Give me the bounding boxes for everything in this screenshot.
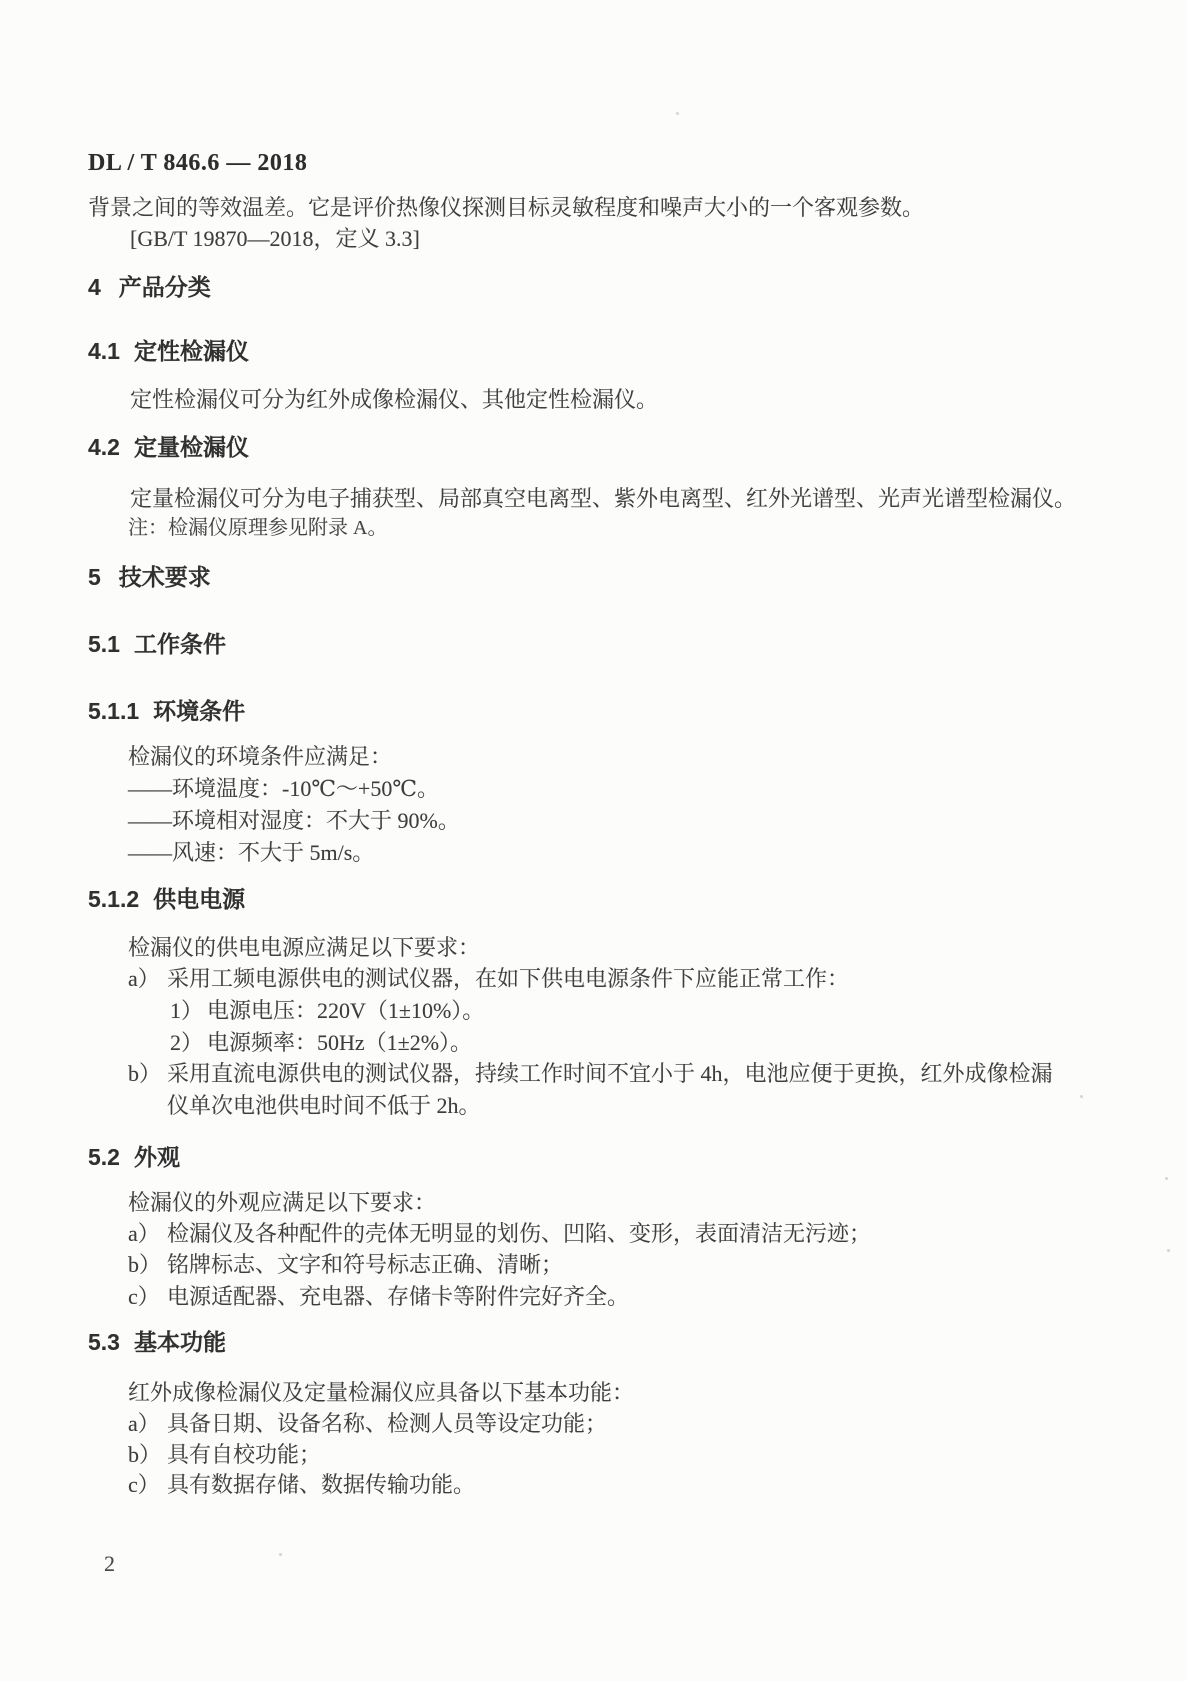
section-4-1-number: 4.1	[88, 338, 120, 364]
section-5-1-1-paragraph: 检漏仪的环境条件应满足：	[128, 744, 392, 769]
section-4-2-note: 注：检漏仪原理参见附录 A。	[128, 517, 387, 540]
intro-paragraph-line1: 背景之间的等效温差。它是评价热像仪探测目标灵敏程度和噪声大小的一个客观参数。	[88, 195, 924, 220]
section-5-2-number: 5.2	[88, 1144, 120, 1170]
section-4-2-title: 定量检漏仪	[134, 434, 249, 460]
section-5-1-1-number: 5.1.1	[88, 698, 139, 724]
function-item-b-label: b）	[128, 1442, 167, 1467]
list-item-b-line2: 仪单次电池供电时间不低于 2h。	[167, 1093, 481, 1118]
section-5-1-title: 工作条件	[134, 631, 226, 657]
scan-speck	[1080, 1095, 1083, 1098]
section-5-1-heading: 5.1工作条件	[88, 633, 226, 656]
appearance-item-a: a）检漏仪及各种配件的壳体无明显的划伤、凹陷、变形，表面清洁无污迹；	[128, 1221, 871, 1246]
section-5-title: 技术要求	[119, 564, 211, 590]
appearance-item-b-label: b）	[128, 1252, 167, 1277]
section-5-3-paragraph: 红外成像检漏仪及定量检漏仪应具备以下基本功能：	[128, 1380, 634, 1405]
section-4-heading: 4产品分类	[88, 276, 211, 299]
function-item-c: c）具有数据存储、数据传输功能。	[128, 1472, 475, 1497]
sublist-item-1-label: 1）	[170, 998, 207, 1023]
list-item-a-label: a）	[128, 966, 167, 991]
list-item-a-text: 采用工频电源供电的测试仪器，在如下供电电源条件下应能正常工作：	[167, 966, 849, 991]
section-4-2-heading: 4.2定量检漏仪	[88, 436, 249, 459]
section-5-1-number: 5.1	[88, 631, 120, 657]
section-5-1-1-title: 环境条件	[153, 698, 245, 724]
appearance-item-a-text: 检漏仪及各种配件的壳体无明显的划伤、凹陷、变形，表面清洁无污迹；	[167, 1221, 871, 1246]
appearance-item-b: b）铭牌标志、文字和符号标志正确、清晰；	[128, 1252, 563, 1277]
section-4-2-number: 4.2	[88, 434, 120, 460]
sublist-item-2-text: 电源频率：50Hz（1±2%）。	[207, 1030, 472, 1055]
section-5-3-heading: 5.3基本功能	[88, 1331, 226, 1354]
section-5-3-title: 基本功能	[134, 1329, 226, 1355]
scan-speck	[676, 112, 679, 115]
section-5-1-2-title: 供电电源	[153, 886, 245, 912]
sublist-item-2-label: 2）	[170, 1030, 207, 1055]
section-5-heading: 5技术要求	[88, 566, 211, 589]
document-page: DL / T 846.6 — 2018 背景之间的等效温差。它是评价热像仪探测目…	[0, 0, 1186, 1681]
appearance-item-b-text: 铭牌标志、文字和符号标志正确、清晰；	[167, 1252, 563, 1277]
sublist-item-2: 2）电源频率：50Hz（1±2%）。	[170, 1030, 472, 1055]
section-5-1-1-heading: 5.1.1环境条件	[88, 700, 245, 723]
function-item-b: b）具有自校功能；	[128, 1442, 321, 1467]
appearance-item-a-label: a）	[128, 1221, 167, 1246]
section-4-1-heading: 4.1定性检漏仪	[88, 340, 249, 363]
function-item-a-text: 具备日期、设备名称、检测人员等设定功能；	[167, 1411, 607, 1436]
list-item-b-label: b）	[128, 1061, 167, 1086]
section-5-number: 5	[88, 564, 101, 590]
definition-source: [GB/T 19870—2018，定义 3.3]	[130, 226, 420, 251]
dash-item-windspeed: ——风速：不大于 5m/s。	[128, 840, 374, 865]
section-4-1-title: 定性检漏仪	[134, 338, 249, 364]
function-item-a: a）具备日期、设备名称、检测人员等设定功能；	[128, 1411, 607, 1436]
scan-speck	[1165, 1177, 1168, 1180]
page-number: 2	[104, 1551, 115, 1576]
section-5-1-2-paragraph: 检漏仪的供电电源应满足以下要求：	[128, 935, 480, 960]
running-header: DL / T 846.6 — 2018	[88, 151, 307, 175]
list-item-b-line1: b）采用直流电源供电的测试仪器，持续工作时间不宜小于 4h，电池应便于更换，红外…	[128, 1061, 1053, 1086]
function-item-b-text: 具有自校功能；	[167, 1442, 321, 1467]
sublist-item-1-text: 电源电压：220V（1±10%）。	[207, 998, 484, 1023]
section-4-2-paragraph: 定量检漏仪可分为电子捕获型、局部真空电离型、紫外电离型、红外光谱型、光声光谱型检…	[130, 486, 1076, 511]
section-5-2-title: 外观	[134, 1144, 180, 1170]
appearance-item-c-label: c）	[128, 1284, 167, 1309]
sublist-item-1: 1）电源电压：220V（1±10%）。	[170, 998, 484, 1023]
section-5-2-heading: 5.2外观	[88, 1146, 180, 1169]
dash-item-humidity: ——环境相对湿度：不大于 90%。	[128, 808, 460, 833]
dash-item-temperature: ——环境温度：-10℃～+50℃。	[128, 776, 439, 801]
section-4-title: 产品分类	[119, 274, 211, 300]
section-5-3-number: 5.3	[88, 1329, 120, 1355]
appearance-item-c: c）电源适配器、充电器、存储卡等附件完好齐全。	[128, 1284, 629, 1309]
list-item-b-text1: 采用直流电源供电的测试仪器，持续工作时间不宜小于 4h，电池应便于更换，红外成像…	[167, 1061, 1053, 1086]
section-4-number: 4	[88, 274, 101, 300]
section-5-2-paragraph: 检漏仪的外观应满足以下要求：	[128, 1190, 436, 1215]
section-5-1-2-number: 5.1.2	[88, 886, 139, 912]
function-item-c-text: 具有数据存储、数据传输功能。	[167, 1472, 475, 1497]
section-4-1-paragraph: 定性检漏仪可分为红外成像检漏仪、其他定性检漏仪。	[130, 387, 658, 412]
section-5-1-2-heading: 5.1.2供电电源	[88, 888, 245, 911]
scan-speck	[279, 1553, 282, 1556]
function-item-a-label: a）	[128, 1411, 167, 1436]
scan-speck	[1167, 1249, 1170, 1252]
appearance-item-c-text: 电源适配器、充电器、存储卡等附件完好齐全。	[167, 1284, 629, 1309]
function-item-c-label: c）	[128, 1472, 167, 1497]
list-item-a: a）采用工频电源供电的测试仪器，在如下供电电源条件下应能正常工作：	[128, 966, 849, 991]
